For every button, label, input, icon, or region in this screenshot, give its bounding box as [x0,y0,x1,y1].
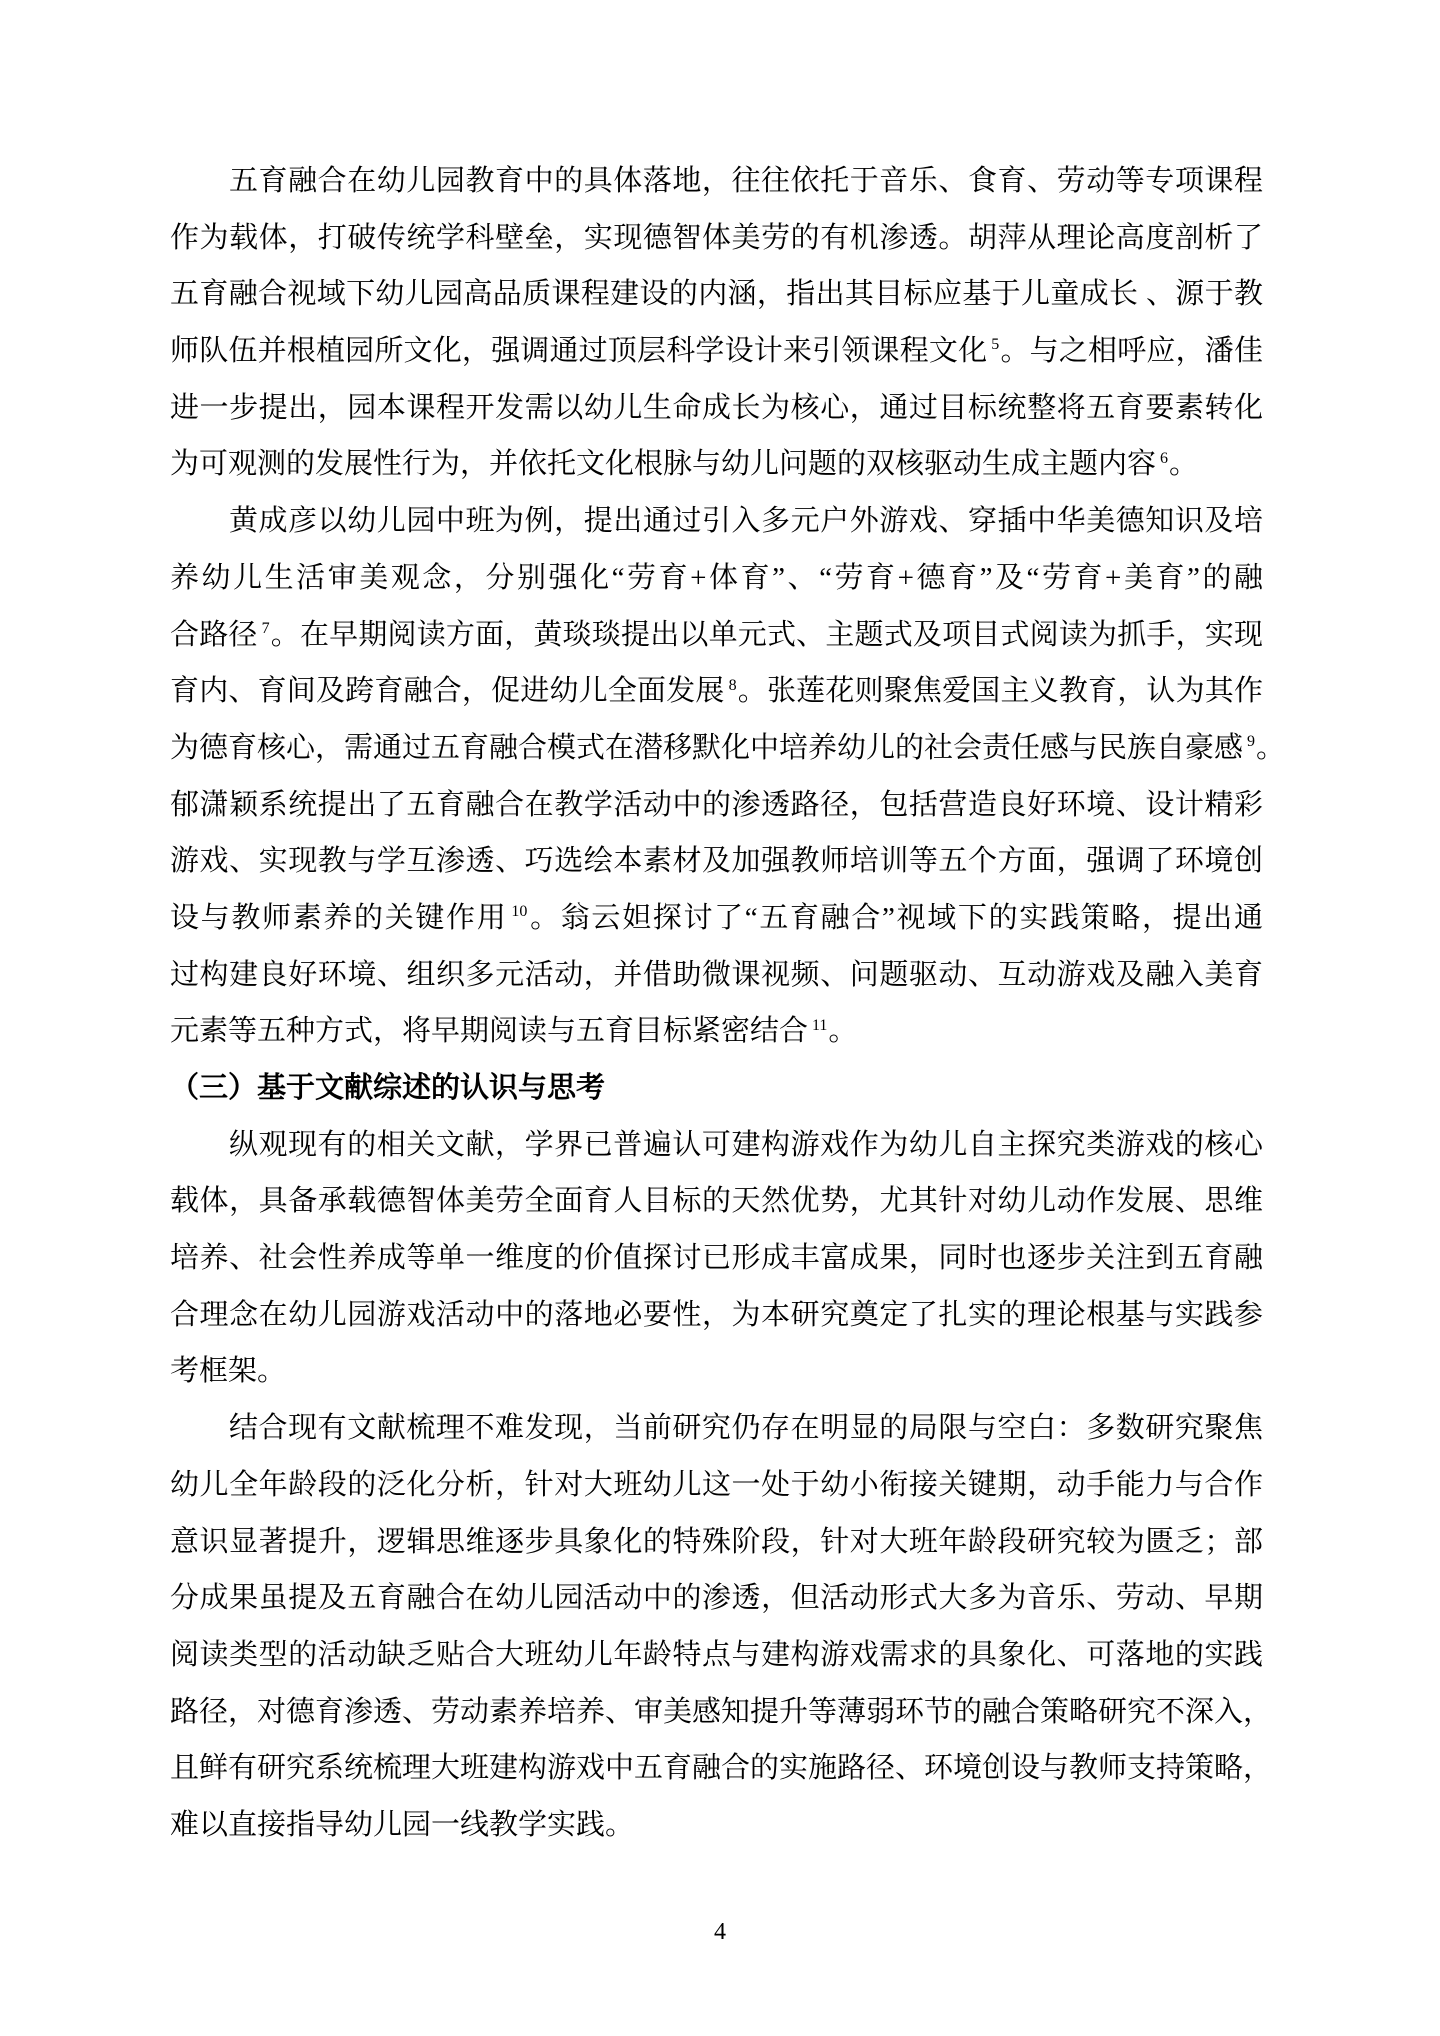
body-text: 五育融合在幼儿园教育中的具体落地，往往依托于音乐、食育、劳动等专项课程作为载体，… [170,153,1263,1854]
text-line: 五育融合在幼儿园教育中的具体落地，往往依托于音乐、食育、劳动等专项课程 [170,153,1263,210]
text-run: 。张莲花则聚焦爱国主义教育，认为其作 [738,675,1263,707]
text-run: 五育融合在幼儿园教育中的具体落地，往往依托于音乐、食育、劳动等专项课程 [229,165,1263,197]
text-line: 意识显著提升，逻辑思维逐步具象化的特殊阶段，针对大班年龄段研究较为匮乏；部 [170,1514,1263,1571]
text-line: 郁潇颖系统提出了五育融合在教学活动中的渗透路径，包括营造良好环境、设计精彩 [170,777,1263,834]
text-run: 。 [1169,448,1198,480]
text-run: 阅读类型的活动缺乏贴合大班幼儿年龄特点与建构游戏需求的具象化、可落地的实践 [170,1639,1263,1671]
page-number: 4 [0,1912,1440,1952]
text-run: 游戏、实现教与学互渗透、巧选绘本素材及加强教师培训等五个方面，强调了环境创 [170,845,1263,877]
text-run: 培养、社会性养成等单一维度的价值探讨已形成丰富成果，同时也逐步关注到五育融 [170,1242,1263,1274]
text-run: 。 [828,1015,857,1047]
text-line: 阅读类型的活动缺乏贴合大班幼儿年龄特点与建构游戏需求的具象化、可落地的实践 [170,1627,1263,1684]
text-run: 郁潇颖系统提出了五育融合在教学活动中的渗透路径，包括营造良好环境、设计精彩 [170,789,1263,821]
text-line: 为德育核心，需通过五育融合模式在潜移默化中培养幼儿的社会责任感与民族自豪感9。 [170,720,1263,777]
text-line: 黄成彦以幼儿园中班为例，提出通过引入多元户外游戏、穿插中华美德知识及培 [170,493,1263,550]
section-heading: （三）基于文献综述的认识与思考 [170,1060,1263,1117]
text-run: 难以直接指导幼儿园一线教学实践。 [170,1809,634,1841]
text-run: 合理念在幼儿园游戏活动中的落地必要性，为本研究奠定了扎实的理论根基与实践参 [170,1299,1263,1331]
text-run: 。 [1256,732,1285,764]
text-run: 黄成彦以幼儿园中班为例，提出通过引入多元户外游戏、穿插中华美德知识及培 [229,505,1263,537]
text-line: 过构建良好环境、组织多元活动，并借助微课视频、问题驱动、互动游戏及融入美育 [170,947,1263,1004]
text-line: 结合现有文献梳理不难发现，当前研究仍存在明显的局限与空白：多数研究聚焦 [170,1400,1263,1457]
text-line: 幼儿全年龄段的泛化分析，针对大班幼儿这一处于幼小衔接关键期，动手能力与合作 [170,1457,1263,1514]
text-run: 载体，具备承载德智体美劳全面育人目标的天然优势，尤其针对幼儿动作发展、思维 [170,1185,1263,1217]
text-line: 纵观现有的相关文献，学界已普遍认可建构游戏作为幼儿自主探究类游戏的核心 [170,1117,1263,1174]
text-run: 设与教师素养的关键作用 [170,902,507,934]
text-run: 师队伍并根植园所文化，强调通过顶层科学设计来引领课程文化 [170,335,987,367]
text-line: 载体，具备承载德智体美劳全面育人目标的天然优势，尤其针对幼儿动作发展、思维 [170,1173,1263,1230]
text-run: 结合现有文献梳理不难发现，当前研究仍存在明显的局限与空白：多数研究聚焦 [229,1412,1263,1444]
text-line: 育内、育间及跨育融合，促进幼儿全面发展8。张莲花则聚焦爱国主义教育，认为其作 [170,663,1263,720]
text-run: 合路径 [170,619,258,651]
text-run: 分成果虽提及五育融合在幼儿园活动中的渗透，但活动形式大多为音乐、劳动、早期 [170,1582,1263,1614]
footnote-ref-8: 8 [729,677,737,694]
text-line: 进一步提出，园本课程开发需以幼儿生命成长为核心，通过目标统整将五育要素转化 [170,380,1263,437]
document-page: 五育融合在幼儿园教育中的具体落地，往往依托于音乐、食育、劳动等专项课程作为载体，… [0,0,1440,2036]
text-line: 养幼儿生活审美观念，分别强化“劳育+体育”、“劳育+德育”及“劳育+美育”的融 [170,550,1263,607]
text-run: 。与之相呼应，潘佳 [1000,335,1263,367]
text-line: 为可观测的发展性行为，并依托文化根脉与幼儿问题的双核驱动生成主题内容6。 [170,436,1263,493]
text-run: 养幼儿生活审美观念，分别强化“劳育+体育”、“劳育+德育”及“劳育+美育”的融 [170,562,1263,594]
text-line: 合理念在幼儿园游戏活动中的落地必要性，为本研究奠定了扎实的理论根基与实践参 [170,1287,1263,1344]
footnote-ref-9: 9 [1247,733,1255,750]
text-line: 难以直接指导幼儿园一线教学实践。 [170,1797,1263,1854]
text-run: 作为载体，打破传统学科壁垒，实现德智体美劳的有机渗透。胡萍从理论高度剖析了 [170,222,1263,254]
text-line: 合路径7。在早期阅读方面，黄琰琰提出以单元式、主题式及项目式阅读为抓手，实现 [170,607,1263,664]
footnote-ref-5: 5 [991,336,999,353]
text-line: 元素等五种方式，将早期阅读与五育目标紧密结合11。 [170,1003,1263,1060]
text-line: 分成果虽提及五育融合在幼儿园活动中的渗透，但活动形式大多为音乐、劳动、早期 [170,1570,1263,1627]
text-run: 。在早期阅读方面，黄琰琰提出以单元式、主题式及项目式阅读为抓手，实现 [271,619,1263,651]
footnote-ref-7: 7 [262,620,270,637]
text-line: 五育融合视域下幼儿园高品质课程建设的内涵，指出其目标应基于儿童成长 、源于教 [170,266,1263,323]
text-run: 意识显著提升，逻辑思维逐步具象化的特殊阶段，针对大班年龄段研究较为匮乏；部 [170,1526,1263,1558]
footnote-ref-11: 11 [812,1017,827,1034]
text-run: 考框架。 [170,1355,286,1387]
text-line: 培养、社会性养成等单一维度的价值探讨已形成丰富成果，同时也逐步关注到五育融 [170,1230,1263,1287]
text-run: 五育融合视域下幼儿园高品质课程建设的内涵，指出其目标应基于儿童成长 、源于教 [170,278,1263,310]
text-line: 路径，对德育渗透、劳动素养培养、审美感知提升等薄弱环节的融合策略研究不深入， [170,1684,1263,1741]
text-run: 育内、育间及跨育融合，促进幼儿全面发展 [170,675,725,707]
text-run: 为可观测的发展性行为，并依托文化根脉与幼儿问题的双核驱动生成主题内容 [170,448,1156,480]
text-line: 且鲜有研究系统梳理大班建构游戏中五育融合的实施路径、环境创设与教师支持策略， [170,1740,1263,1797]
footnote-ref-10: 10 [511,903,527,920]
footnote-ref-6: 6 [1160,450,1168,467]
text-run: 过构建良好环境、组织多元活动，并借助微课视频、问题驱动、互动游戏及融入美育 [170,959,1263,991]
text-run: 纵观现有的相关文献，学界已普遍认可建构游戏作为幼儿自主探究类游戏的核心 [229,1129,1263,1161]
text-run: （三）基于文献综述的认识与思考 [170,1072,605,1104]
text-line: 师队伍并根植园所文化，强调通过顶层科学设计来引领课程文化5。与之相呼应，潘佳 [170,323,1263,380]
text-run: 进一步提出，园本课程开发需以幼儿生命成长为核心，通过目标统整将五育要素转化 [170,392,1263,424]
text-line: 游戏、实现教与学互渗透、巧选绘本素材及加强教师培训等五个方面，强调了环境创 [170,833,1263,890]
text-run: 为德育核心，需通过五育融合模式在潜移默化中培养幼儿的社会责任感与民族自豪感 [170,732,1243,764]
text-run: 幼儿全年龄段的泛化分析，针对大班幼儿这一处于幼小衔接关键期，动手能力与合作 [170,1469,1263,1501]
text-run: 路径，对德育渗透、劳动素养培养、审美感知提升等薄弱环节的融合策略研究不深入， [170,1696,1272,1728]
text-run: 且鲜有研究系统梳理大班建构游戏中五育融合的实施路径、环境创设与教师支持策略， [170,1752,1272,1784]
text-run: 元素等五种方式，将早期阅读与五育目标紧密结合 [170,1015,808,1047]
text-line: 作为载体，打破传统学科壁垒，实现德智体美劳的有机渗透。胡萍从理论高度剖析了 [170,210,1263,267]
text-line: 设与教师素养的关键作用10。翁云妲探讨了“五育融合”视域下的实践策略，提出通 [170,890,1263,947]
text-line: 考框架。 [170,1343,1263,1400]
text-run: 。翁云妲探讨了“五育融合”视域下的实践策略，提出通 [528,902,1263,934]
